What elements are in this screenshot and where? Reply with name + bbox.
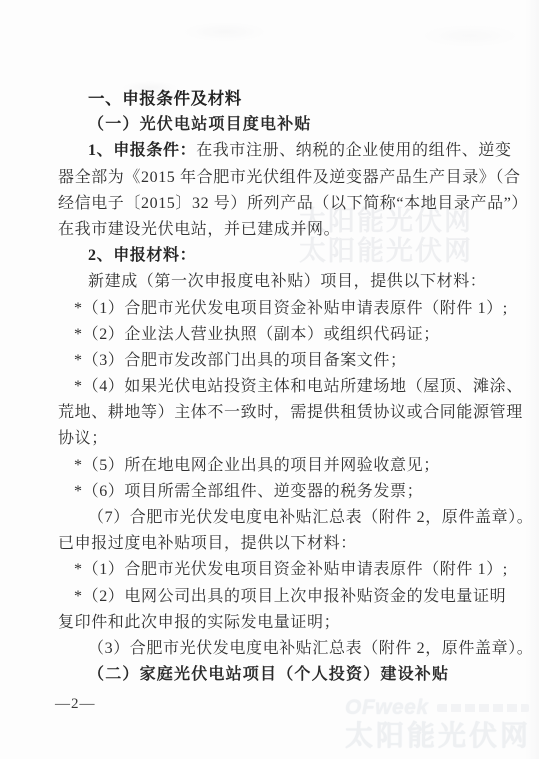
watermark-tagline-blur (437, 704, 529, 712)
doc-line: 经信电子〔2015〕32 号）所列产品（以下简称“本地目录产品”） (58, 191, 504, 217)
doc-line: 1、申报条件：在我市注册、纳税的企业使用的组件、逆变 (88, 138, 504, 164)
doc-line: *（1）合肥市光伏发电项目资金补贴申请表原件（附件 1）; (74, 557, 504, 583)
doc-line: *（2）企业法人营业执照（副本）或组织代码证； (74, 322, 504, 348)
doc-line: 在我市建设光伏电站，并已建成并网。 (58, 217, 504, 243)
section-heading: 一、申报条件及材料 (88, 86, 504, 112)
doc-line: *（4）如果光伏电站投资主体和电站所建场地（屋顶、滩涂、 (74, 374, 504, 400)
doc-line: 复印件和此次申报的实际发电量证明； (58, 610, 504, 636)
watermark-site-name: 太阳能光伏网 (345, 721, 531, 751)
doc-line: （7）合肥市光伏发电度电补贴汇总表（附件 2，原件盖章）。 (88, 505, 504, 531)
site-watermark: OFweek 太阳能光伏网 (345, 696, 531, 751)
doc-line: *（6）项目所需全部组件、逆变器的税务发票； (74, 479, 504, 505)
doc-line: 已申报过度电补贴项目，提供以下材料： (58, 531, 504, 557)
watermark-brand: OFweek (345, 696, 429, 720)
doc-line: *（2）电网公司出具的项目上次申报补贴资金的发电量证明 (74, 584, 504, 610)
subsection-heading: （一）光伏电站项目度电补贴 (88, 112, 504, 138)
doc-line: 器全部为《2015 年合肥市光伏组件及逆变器产品生产目录》（合 (58, 165, 504, 191)
doc-line: *（3）合肥市发改部门出具的项目备案文件； (74, 348, 504, 374)
subsection-heading: （二）家庭光伏电站项目（个人投资）建设补贴 (88, 662, 504, 688)
doc-line: （3）合肥市光伏发电度电补贴汇总表（附件 2，原件盖章）。 (88, 636, 504, 662)
doc-line: *（5）所在地电网企业出具的项目并网验收意见； (74, 453, 504, 479)
document-body: 一、申报条件及材料 （一）光伏电站项目度电补贴 1、申报条件：在我市注册、纳税的… (58, 86, 504, 688)
doc-line: 2、申报材料： (88, 243, 504, 269)
doc-line: *（1）合肥市光伏发电项目资金补贴申请表原件（附件 1）; (74, 296, 504, 322)
doc-line: 荒地、耕地等）主体不一致时，需提供租赁协议或合同能源管理 (58, 400, 504, 426)
doc-line: 协议； (58, 426, 504, 452)
scanned-document-page: 太阳能光伏网 太阳能光伏网 一、申报条件及材料 （一）光伏电站项目度电补贴 1、… (0, 0, 539, 759)
doc-line: 新建成（第一次申报度电补贴）项目，提供以下材料： (88, 269, 504, 295)
page-number: —2— (55, 696, 96, 713)
